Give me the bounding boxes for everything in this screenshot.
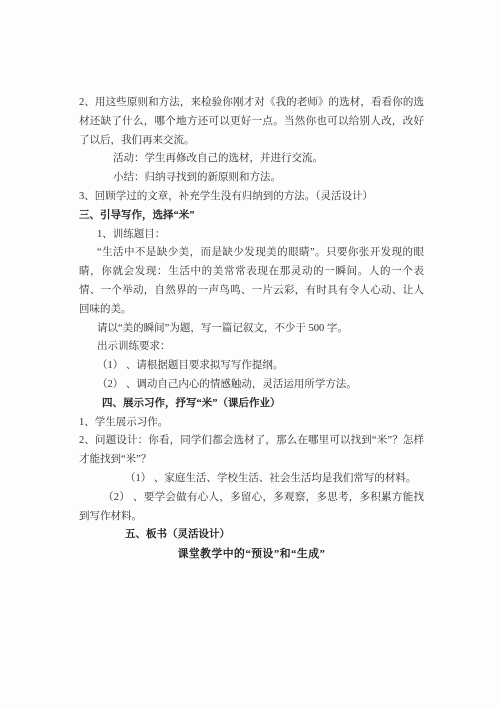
question-design: 2、问题设计：你看，同学们都会选材了，那么在哪里可以找到“米”？怎样才能找到“米… (79, 432, 424, 470)
board-title: 课堂教学中的“预设”和“生成” (79, 545, 424, 564)
requirement-1: （1） 、请根据题目要求拟写写作提纲。 (79, 357, 424, 376)
section-heading-3: 三、引导写作，选择“米” (79, 207, 424, 226)
section-heading-5: 五、板书（灵活设计） (79, 526, 424, 545)
topic-description: “生活中不是缺少美，而是缺少发现美的眼睛”。只要你张开发现的眼睛，你就会发现：生… (79, 244, 424, 319)
training-requirements-label: 出示训练要求： (79, 338, 424, 357)
activity-note: 活动：学生再修改自己的选材，并进行交流。 (79, 150, 424, 169)
section-heading-4: 四、展示习作，抒写“米”（课后作业） (79, 395, 424, 414)
step-show-work: 1、学生展示习作。 (79, 414, 424, 433)
document-body: 2、用这些原则和方法，来检验你刚才对《我的老师》的选材，看看你的选材还缺了什么，… (79, 94, 424, 564)
answer-1: （1） 、家庭生活、学校生活、社会生活均是我们常写的材料。 (79, 470, 424, 489)
summary-note: 小结：归纳寻找到的新原则和方法。 (79, 169, 424, 188)
training-topic-label: 1、训练题目： (79, 226, 424, 245)
list-item-2-check-selection: 2、用这些原则和方法，来检验你刚才对《我的老师》的选材，看看你的选材还缺了什么，… (79, 94, 424, 150)
document-page: 2、用这些原则和方法，来检验你刚才对《我的老师》的选材，看看你的选材还缺了什么，… (0, 0, 500, 707)
answer-2: （2） 、要学会做有心人，多留心，多观察，多思考，多积累方能找到写作材料。 (79, 489, 424, 527)
requirement-2: （2） 、调动自己内心的情感触动，灵活运用所学方法。 (79, 376, 424, 395)
writing-task: 请以“美的瞬间”为题，写一篇记叙文，不少于 500 字。 (79, 320, 424, 339)
list-item-3-review: 3、回顾学过的文章，补充学生没有归纳到的方法。（灵活设计） (79, 188, 424, 207)
